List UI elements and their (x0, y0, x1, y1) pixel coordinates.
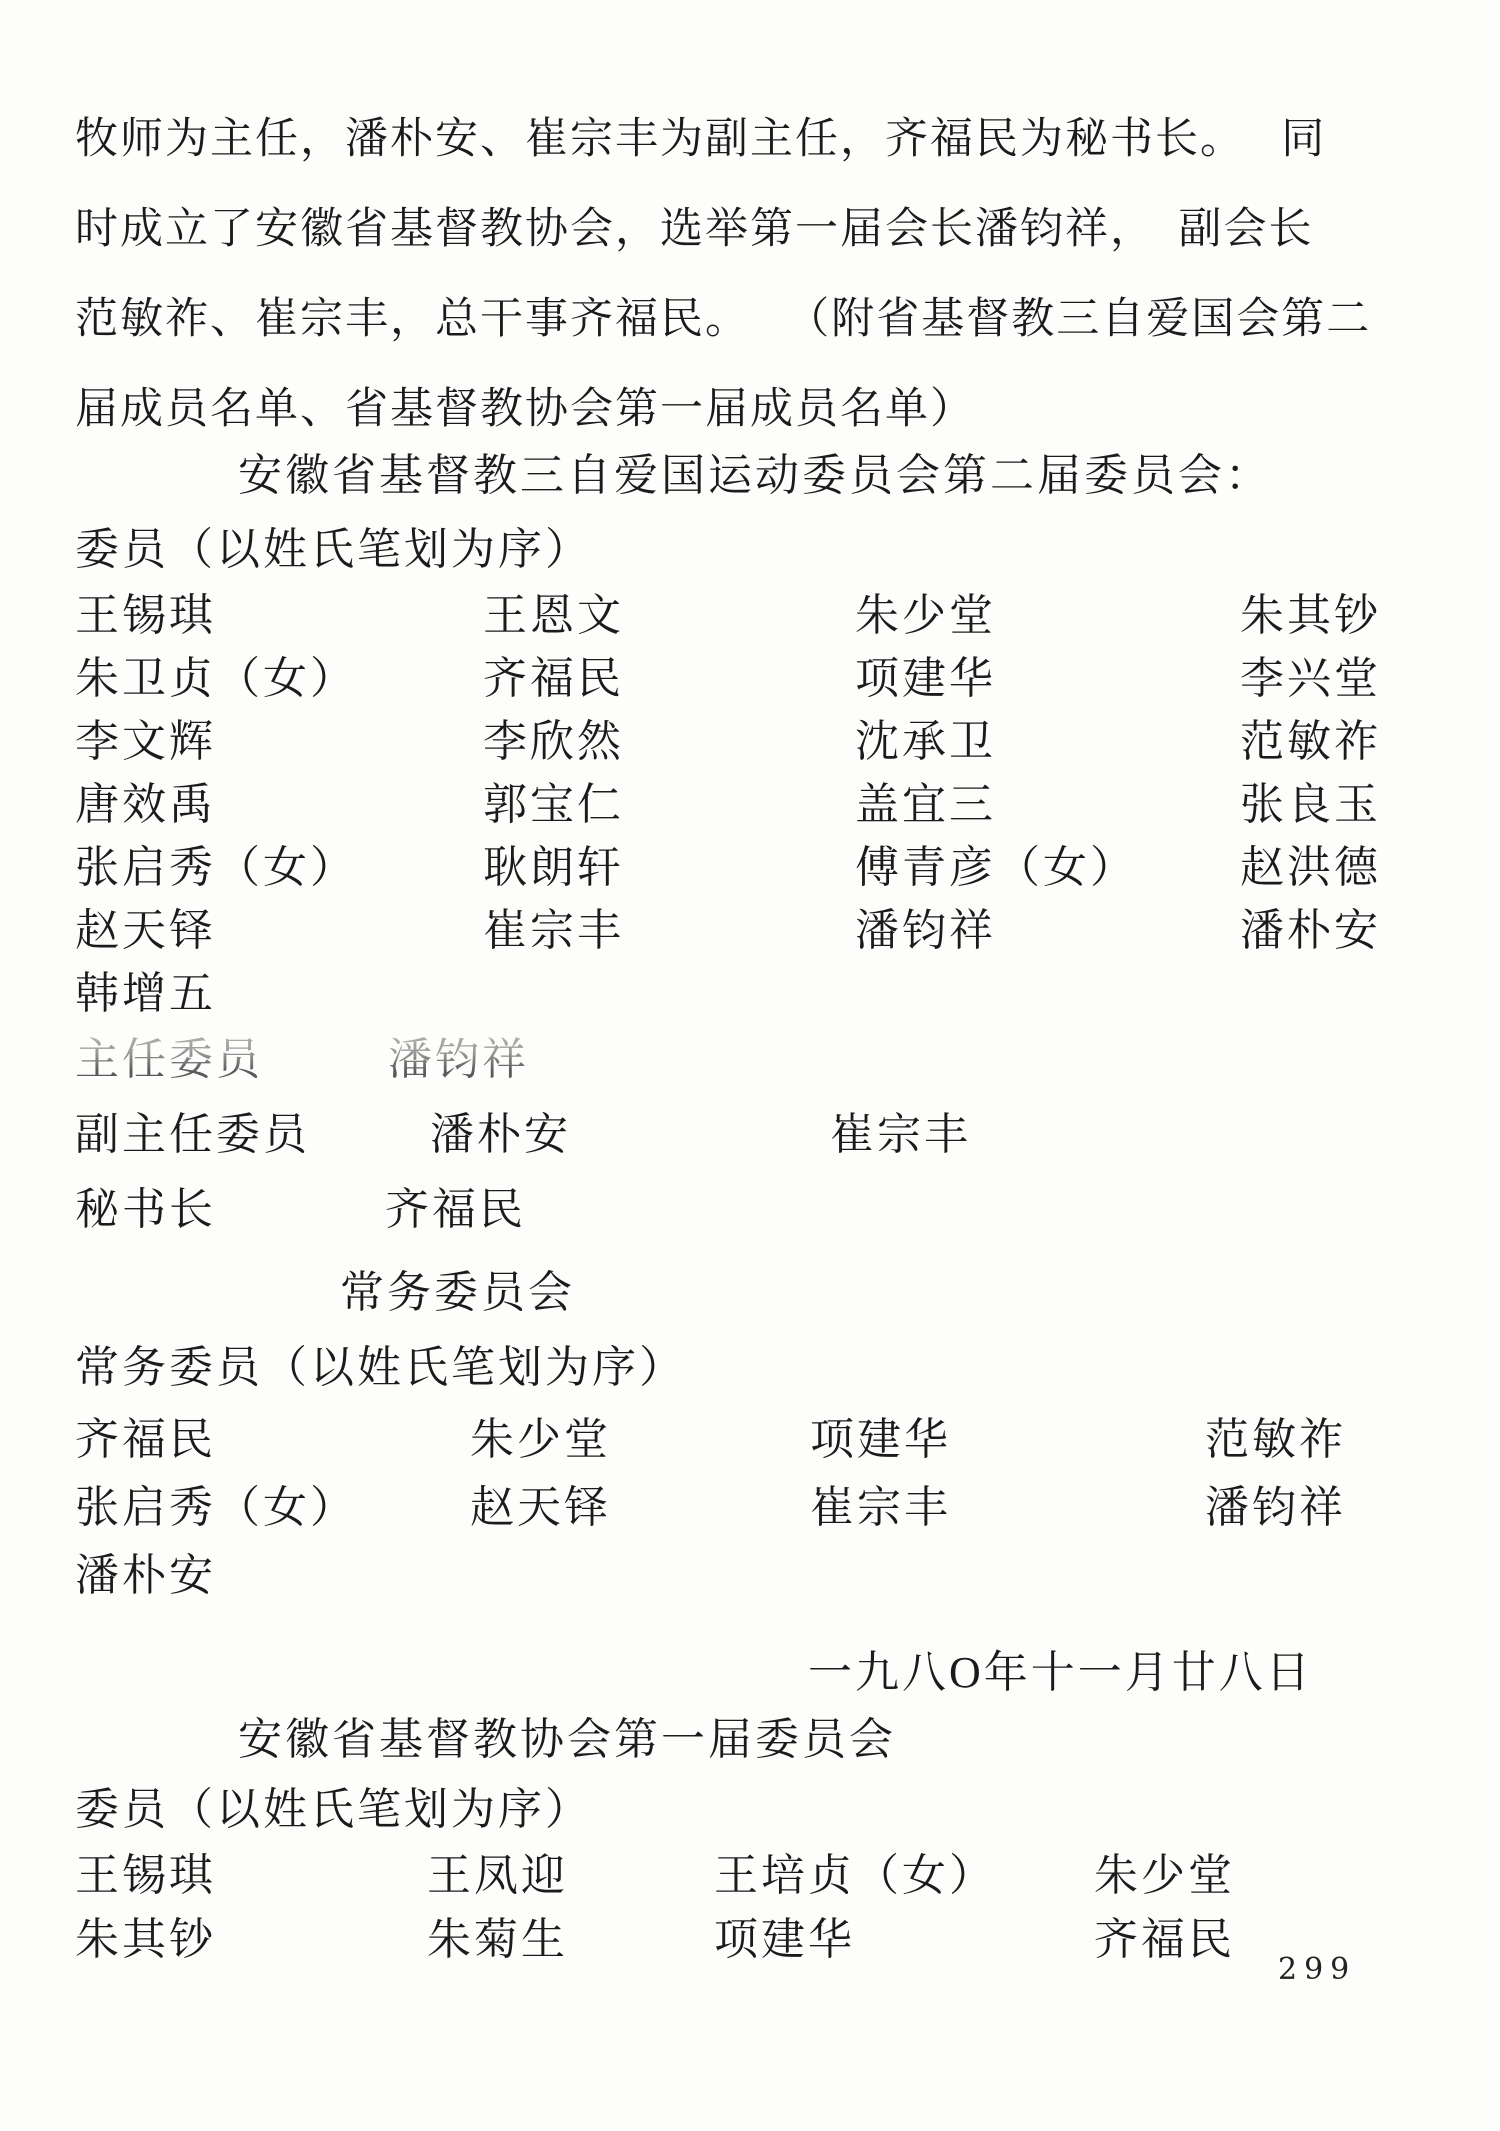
paragraph-line: 牧师为主任，潘朴安、崔宗丰为副主任，齐福民为秘书长。 同 (75, 112, 1326, 168)
member-name: 朱卫贞（女） (75, 651, 357, 707)
member-name: 崔宗丰 (483, 903, 624, 959)
member-name: 傅青彦（女） (855, 840, 1137, 896)
member-name: 项建华 (810, 1412, 951, 1468)
member-name: 赵洪德 (1240, 840, 1381, 896)
member-name: 齐福民 (1094, 1912, 1235, 1968)
member-name: 王培贞（女） (714, 1848, 996, 1904)
member-name: 张启秀（女） (75, 1480, 357, 1536)
member-name: 王锡琪 (75, 588, 216, 644)
officer-title: 秘书长 (75, 1182, 216, 1238)
member-name: 朱菊生 (427, 1912, 568, 1968)
officer-name: 潘钧祥 (388, 1032, 529, 1088)
member-name: 赵天铎 (470, 1480, 611, 1536)
member-name: 潘钧祥 (855, 903, 996, 959)
member-name: 王恩文 (483, 588, 624, 644)
paragraph-line: 时成立了安徽省基督教协会，选举第一届会长潘钧祥， 副会长 (75, 202, 1314, 258)
member-name: 赵天铎 (75, 903, 216, 959)
committee2-members-label: 委员（以姓氏笔划为序） (75, 1782, 592, 1838)
officer-name: 潘朴安 (430, 1107, 571, 1163)
member-name: 崔宗丰 (810, 1480, 951, 1536)
member-name: 项建华 (855, 651, 996, 707)
member-name: 李欣然 (483, 714, 624, 770)
officer-name: 齐福民 (385, 1182, 526, 1238)
paragraph-line: 届成员名单、省基督教协会第一届成员名单） (75, 382, 975, 438)
member-name: 齐福民 (75, 1412, 216, 1468)
member-name: 王锡琪 (75, 1848, 216, 1904)
standing-members-label: 常务委员（以姓氏笔划为序） (75, 1340, 686, 1396)
paragraph-line: 范敏祚、崔宗丰，总干事齐福民。 （附省基督教三自爱国会第二 (75, 292, 1371, 348)
officer-title: 主任委员 (75, 1032, 263, 1088)
member-name: 郭宝仁 (483, 777, 624, 833)
committee1-members-label: 委员（以姓氏笔划为序） (75, 522, 592, 578)
member-name: 齐福民 (483, 651, 624, 707)
scanned-page: 牧师为主任，潘朴安、崔宗丰为副主任，齐福民为秘书长。 同 时成立了安徽省基督教协… (0, 0, 1500, 2131)
member-name: 朱其钞 (1240, 588, 1381, 644)
member-name: 张良玉 (1240, 777, 1381, 833)
member-name: 盖宜三 (855, 777, 996, 833)
member-name: 韩增五 (75, 966, 216, 1022)
officer-title: 副主任委员 (75, 1107, 310, 1163)
member-name: 潘朴安 (75, 1548, 216, 1604)
member-name: 李文辉 (75, 714, 216, 770)
committee2-title: 安徽省基督教协会第一届委员会 (238, 1712, 896, 1768)
member-name: 潘钧祥 (1205, 1480, 1346, 1536)
committee1-title: 安徽省基督教三自爱国运动委员会第二届委员会： (238, 448, 1272, 504)
standing-committee-title: 常务委员会 (340, 1265, 575, 1321)
date-line: 一九八O年十一月廿八日 (808, 1645, 1313, 1701)
member-name: 耿朗轩 (483, 840, 624, 896)
member-name: 沈承卫 (855, 714, 996, 770)
member-name: 李兴堂 (1240, 651, 1381, 707)
member-name: 项建华 (714, 1912, 855, 1968)
member-name: 朱少堂 (1094, 1848, 1235, 1904)
member-name: 朱少堂 (470, 1412, 611, 1468)
officer-name: 崔宗丰 (830, 1107, 971, 1163)
member-name: 张启秀（女） (75, 840, 357, 896)
member-name: 朱其钞 (75, 1912, 216, 1968)
member-name: 朱少堂 (855, 588, 996, 644)
member-name: 潘朴安 (1240, 903, 1381, 959)
member-name: 范敏祚 (1240, 714, 1381, 770)
member-name: 王凤迎 (427, 1848, 568, 1904)
member-name: 范敏祚 (1205, 1412, 1346, 1468)
member-name: 唐效禹 (75, 777, 216, 833)
page-number: 299 (1278, 1952, 1356, 1987)
